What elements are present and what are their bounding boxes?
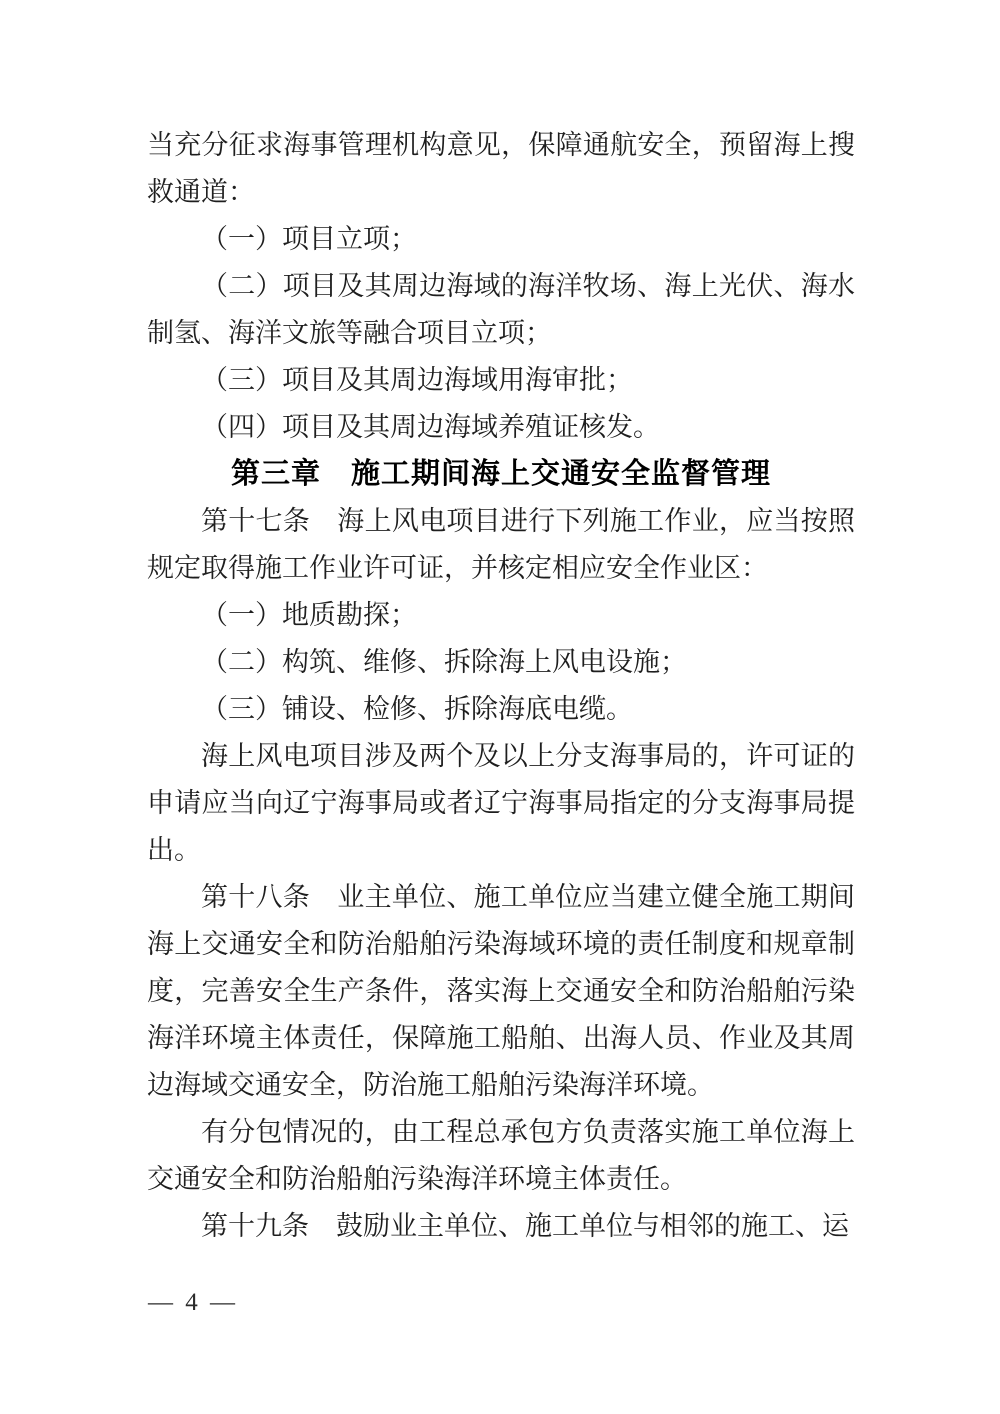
article19-paragraph-partial: 第十九条 鼓励业主单位、施工单位与相邻的施工、运: [147, 1203, 855, 1250]
article16-item-3: （三）项目及其周边海域用海审批；: [147, 357, 855, 404]
chapter-heading: 第三章 施工期间海上交通安全监督管理: [147, 451, 855, 498]
article16-item-2: （二）项目及其周边海域的海洋牧场、海上光伏、海水制氢、海洋文旅等融合项目立项；: [147, 263, 855, 357]
article17-supplement: 海上风电项目涉及两个及以上分支海事局的，许可证的申请应当向辽宁海事局或者辽宁海事…: [147, 733, 855, 874]
article17-intro: 第十七条 海上风电项目进行下列施工作业，应当按照规定取得施工作业许可证，并核定相…: [147, 498, 855, 592]
page-number: — 4 —: [148, 1289, 238, 1316]
article17-item-1: （一）地质勘探；: [147, 592, 855, 639]
article18-paragraph-1: 第十八条 业主单位、施工单位应当建立健全施工期间海上交通安全和防治船舶污染海域环…: [147, 874, 855, 1109]
continuation-paragraph: 当充分征求海事管理机构意见，保障通航安全，预留海上搜救通道：: [147, 122, 855, 216]
article16-item-4: （四）项目及其周边海域养殖证核发。: [147, 404, 855, 451]
article18-paragraph-2: 有分包情况的，由工程总承包方负责落实施工单位海上交通安全和防治船舶污染海洋环境主…: [147, 1109, 855, 1203]
article16-item-1: （一）项目立项；: [147, 216, 855, 263]
article17-item-3: （三）铺设、检修、拆除海底电缆。: [147, 686, 855, 733]
document-body: 当充分征求海事管理机构意见，保障通航安全，预留海上搜救通道： （一）项目立项； …: [147, 122, 855, 1250]
article17-item-2: （二）构筑、维修、拆除海上风电设施；: [147, 639, 855, 686]
page-footer: — 4 —: [148, 1288, 238, 1318]
